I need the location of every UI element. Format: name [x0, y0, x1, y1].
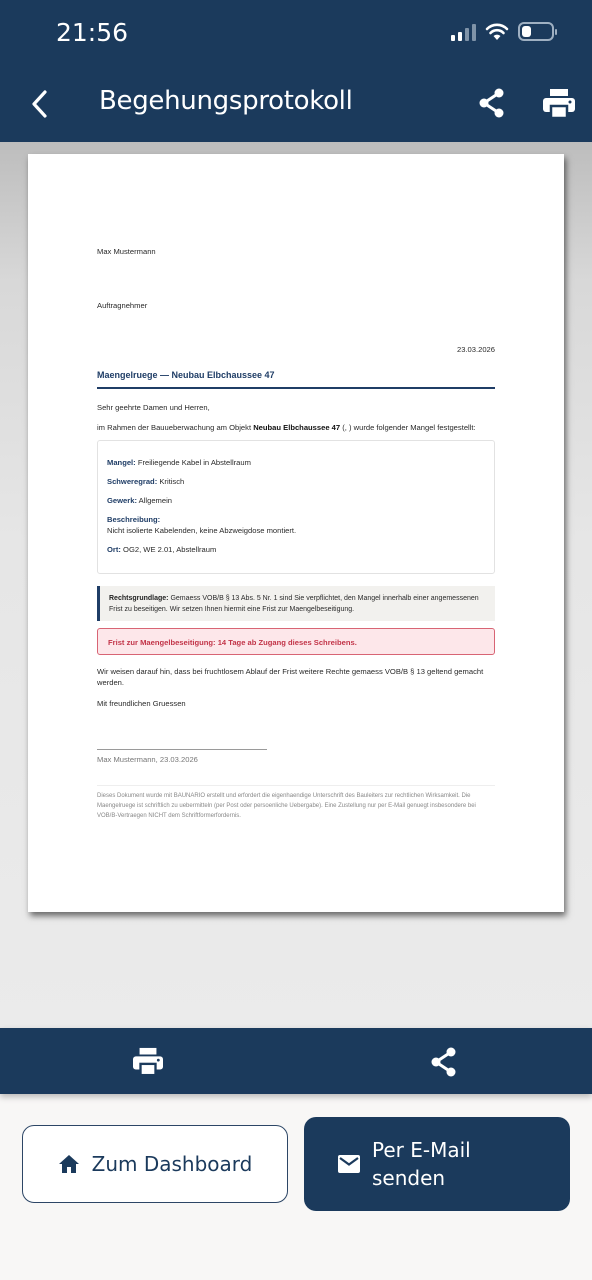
battery-icon	[518, 22, 554, 41]
send-email-button-label: Per E-Mail senden	[372, 1136, 492, 1192]
document-preview[interactable]: Max Mustermann Auftragnehmer 23.03.2026 …	[0, 142, 592, 1028]
signature-line	[97, 749, 267, 750]
footnote: Dieses Dokument wurde mit BAUNARIO erste…	[97, 785, 495, 821]
dashboard-button[interactable]: Zum Dashboard	[22, 1125, 288, 1203]
home-icon	[58, 1154, 80, 1174]
defect-schweregrad: Schweregrad: Kritisch	[107, 476, 486, 487]
page-title: Begehungsprotokoll	[99, 86, 353, 116]
greeting: Sehr geehrte Damen und Herren,	[97, 402, 210, 413]
top-app-bar: 21:56 Begehungsprotokoll	[0, 0, 592, 142]
print-button-bottom[interactable]	[131, 1047, 165, 1077]
defect-beschreibung: Beschreibung:Nicht isolierte Kabelenden,…	[107, 514, 486, 536]
signature-name: Max Mustermann, 23.03.2026	[97, 754, 198, 765]
closing: Mit freundlichen Gruessen	[97, 698, 186, 709]
sender-name: Max Mustermann	[97, 246, 156, 257]
bottom-action-bar	[0, 1028, 592, 1094]
mail-icon	[338, 1155, 360, 1173]
print-button[interactable]	[542, 88, 576, 120]
document-page: Max Mustermann Auftragnehmer 23.03.2026 …	[28, 154, 564, 912]
recipient: Auftragnehmer	[97, 300, 147, 311]
share-button-bottom[interactable]	[428, 1046, 460, 1078]
wifi-icon	[485, 23, 509, 41]
send-email-button[interactable]: Per E-Mail senden	[304, 1117, 570, 1211]
legal-basis: Rechtsgrundlage: Gemaess VOB/B § 13 Abs.…	[97, 586, 495, 621]
status-icons	[451, 22, 554, 41]
document-subject: Maengelruege — Neubau Elbchaussee 47	[97, 370, 495, 389]
defect-ort: Ort: OG2, WE 2.01, Abstellraum	[107, 544, 486, 555]
back-button[interactable]	[26, 86, 54, 122]
cellular-signal-icon	[451, 23, 476, 41]
defect-gewerk: Gewerk: Allgemein	[107, 495, 486, 506]
document-date: 23.03.2026	[457, 344, 495, 355]
intro-text: im Rahmen der Bauueberwachung am Objekt …	[97, 422, 495, 433]
deadline-notice: Frist zur Maengelbeseitigung: 14 Tage ab…	[97, 628, 495, 655]
dashboard-button-label: Zum Dashboard	[92, 1152, 253, 1176]
defect-details: Mangel: Freiliegende Kabel in Abstellrau…	[97, 440, 495, 574]
defect-mangel: Mangel: Freiliegende Kabel in Abstellrau…	[107, 457, 486, 468]
share-button[interactable]	[476, 87, 508, 119]
rights-notice: Wir weisen darauf hin, dass bei fruchtlo…	[97, 666, 495, 688]
status-time: 21:56	[56, 18, 128, 47]
